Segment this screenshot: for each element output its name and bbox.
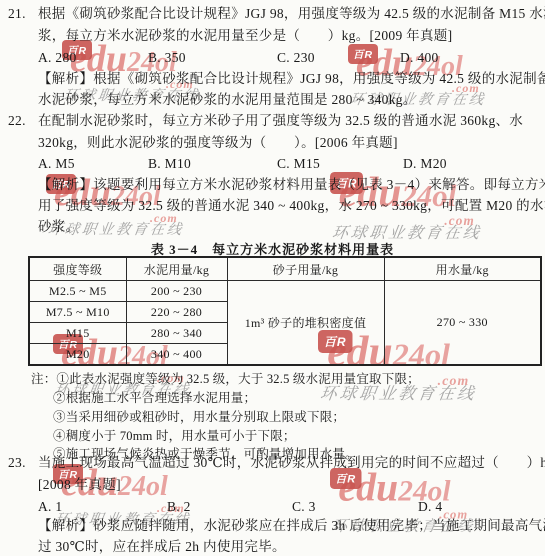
cell-grade: M2.5 ~ M5 [29, 281, 126, 302]
question-22-number: 22. [8, 112, 26, 129]
option-23-a: A. 1 [38, 498, 62, 515]
option-22-d: D. M20 [403, 155, 447, 172]
option-22-c: C. M15 [277, 155, 320, 172]
option-21-d: D. 400 [400, 49, 439, 66]
cell-cement: 220 ~ 280 [126, 302, 227, 323]
mortar-materials-table: 强度等级 水泥用量/kg 砂子用量/kg 用水量/kg M2.5 ~ M5 20… [28, 256, 542, 366]
question-21-number: 21. [8, 5, 26, 22]
question-23-line-2: [2008 年真题] [38, 476, 121, 493]
question-21-line-2: 浆，每立方米水泥砂浆的水泥用量至少是（ ）kg。[2009 年真题] [38, 27, 452, 44]
option-23-d: D. 4 [418, 498, 442, 515]
option-22-b: B. M10 [148, 155, 191, 172]
cell-sand-merged: 1m³ 砂子的堆积密度值 [227, 281, 384, 366]
question-21-analysis-line-2: 水泥砂浆，每立方米水泥砂浆的水泥用量范围是 280 ~ 340kg。 [38, 91, 417, 108]
question-23-analysis-line-2: 过 30℃时，应在拌成后 2h 内使用完毕。 [38, 538, 286, 555]
question-22-analysis-line-2: 用了强度等级为 32.5 级的普通水泥 340 ~ 400kg，水 270 ~ … [38, 197, 545, 214]
question-22-line-1: 在配制水泥砂浆时，每立方米砂子用了强度等级为 32.5 级的普通水泥 360kg… [38, 112, 523, 129]
option-21-c: C. 230 [277, 49, 315, 66]
question-22-line-2: 320kg，则此水泥砂浆的强度等级为（ ）。[2006 年真题] [38, 134, 398, 151]
table-note-line-2: ②根据施工水平合理选择水泥用量； [53, 390, 256, 407]
cell-grade: M15 [29, 323, 126, 344]
watermark-brand-suffix: 24ol [118, 471, 168, 502]
option-23-b: B. 2 [167, 498, 191, 515]
edu24ol-logo-icon: 百R [348, 44, 378, 64]
option-23-c: C. 3 [292, 498, 316, 515]
question-21-line-1: 根据《砌筑砂浆配合比设计规程》JGJ 98，用强度等级为 42.5 级的水泥制备… [38, 5, 545, 22]
edu24ol-logo-icon: 百R [330, 468, 362, 489]
table-note-line-1: 注：①此表水泥强度等级为 32.5 级，大于 32.5 级水泥用量宜取下限； [31, 371, 420, 388]
table-header-row: 强度等级 水泥用量/kg 砂子用量/kg 用水量/kg [29, 257, 541, 281]
cell-cement: 280 ~ 340 [126, 323, 227, 344]
question-21-analysis-line-1: 【解析】根据《砌筑砂浆配合比设计规程》JGJ 98，用强度等级为 42.5 级的… [38, 70, 545, 87]
scanned-exam-page: 百R edu24ol .com 环球职业教育在线 百R edu24ol .com… [0, 0, 545, 556]
table-row: M2.5 ~ M5 200 ~ 230 1m³ 砂子的堆积密度值 270 ~ 3… [29, 281, 541, 302]
note-label: 注： [31, 372, 56, 386]
option-21-b: B. 350 [148, 49, 186, 66]
table-note-line-4: ④稠度小于 70mm 时，用水量可小于下限； [53, 428, 296, 445]
cell-water-merged: 270 ~ 330 [384, 281, 541, 366]
question-23-number: 23. [8, 454, 26, 471]
note-item: ①此表水泥强度等级为 32.5 级，大于 32.5 级水泥用量宜取下限； [56, 372, 419, 386]
header-cement-amount: 水泥用量/kg [126, 257, 227, 281]
cell-grade: M20 [29, 344, 126, 366]
option-21-a: A. 280 [38, 49, 77, 66]
header-sand-amount: 砂子用量/kg [227, 257, 384, 281]
header-water-amount: 用水量/kg [384, 257, 541, 281]
question-22-analysis-line-1: 【解析】该题要利用每立方米水泥砂浆材料用量表（见表 3－4）来解答。即每立方米砂… [38, 176, 545, 193]
table-note-line-3: ③当采用细砂或粗砂时，用水量分别取上限或下限； [53, 409, 345, 426]
option-22-a: A. M5 [38, 155, 75, 172]
question-23-line-1: 当施工现场最高气温超过 30℃时，水泥砂浆从拌成到用完的时间不应超过（ ）h。 [38, 454, 545, 471]
header-strength-grade: 强度等级 [29, 257, 126, 281]
question-22-analysis-line-3: 砂浆。 [38, 218, 79, 235]
cell-grade: M7.5 ~ M10 [29, 302, 126, 323]
question-23-analysis-line-1: 【解析】砂浆应随拌随用，水泥砂浆应在拌成后 3h 后使用完毕；当施工期间最高气温… [38, 517, 545, 534]
cell-cement: 200 ~ 230 [126, 281, 227, 302]
cell-cement: 340 ~ 400 [126, 344, 227, 366]
